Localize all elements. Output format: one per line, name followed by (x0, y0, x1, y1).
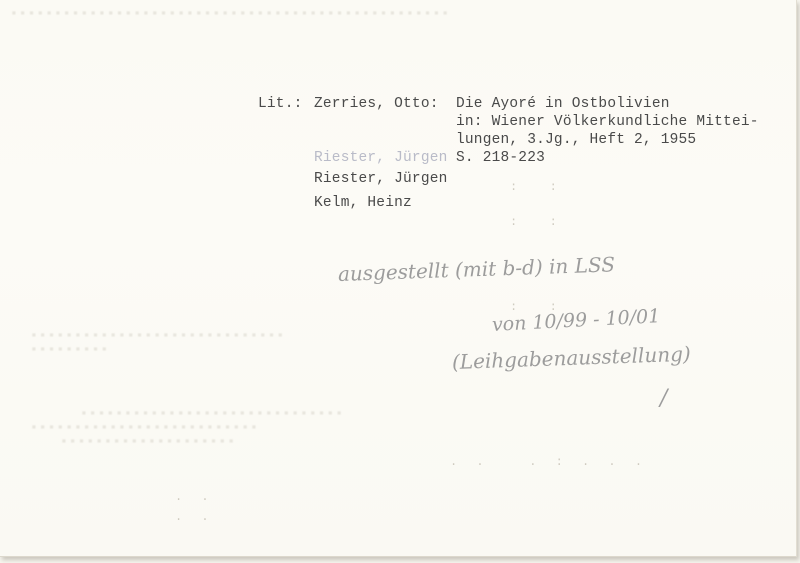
struck-photographer-name: Riester, Jürgen (314, 149, 448, 167)
handwritten-loan-note: (Leihgabenausstellung) (452, 342, 692, 374)
citation-label: Lit.: (258, 95, 303, 113)
perforation-dots: . . . : . . . (450, 455, 648, 469)
citation-journal-line-1: in: Wiener Völkerkundliche Mittei- (456, 113, 759, 131)
bleed-through-text: ▪▪▪▪▪▪▪▪▪▪▪▪▪▪▪▪▪▪▪▪ (60, 434, 236, 449)
citation-pages: S. 218-223 (456, 149, 545, 167)
photo-card-back: ▪▪▪▪▪▪▪▪▪▪▪▪▪▪▪▪▪▪▪▪▪▪▪▪▪▪▪▪▪▪▪▪▪▪▪▪▪▪▪▪… (0, 0, 797, 557)
photographer-name: Kelm, Heinz (314, 194, 412, 212)
photographer-name: Riester, Jürgen (314, 170, 448, 188)
perforation-dots: : : (510, 180, 563, 194)
bleed-through-text: ▪▪▪▪▪▪▪▪▪▪▪▪▪▪▪▪▪▪▪▪▪▪▪▪▪▪▪▪▪▪ (80, 406, 344, 421)
bleed-through-text: ▪▪▪▪▪▪▪▪▪▪▪▪▪▪▪▪▪▪▪▪▪▪▪▪▪▪▪▪▪ (30, 328, 285, 343)
perforation-dots: : : (510, 215, 563, 229)
citation-title: Die Ayoré in Ostbolivien (456, 95, 670, 113)
handwritten-closing-mark: / (660, 386, 667, 411)
perforation-dots: . . (175, 490, 215, 504)
handwritten-exhibition-note: ausgestellt (mit b-d) in LSS (338, 252, 616, 286)
bleed-through-text: ▪▪▪▪▪▪▪▪▪▪▪▪▪▪▪▪▪▪▪▪▪▪▪▪▪▪▪▪▪▪▪▪▪▪▪▪▪▪▪▪… (10, 6, 450, 21)
bleed-through-text: ▪▪▪▪▪▪▪▪▪▪▪▪▪▪▪▪▪▪▪▪▪▪▪▪▪▪ (30, 420, 259, 435)
perforation-dots: . . (175, 510, 215, 524)
citation-author: Zerries, Otto: (314, 95, 439, 113)
bleed-through-text: ▪▪▪▪▪▪▪▪▪ (30, 342, 109, 357)
citation-journal-line-2: lungen, 3.Jg., Heft 2, 1955 (456, 131, 696, 149)
